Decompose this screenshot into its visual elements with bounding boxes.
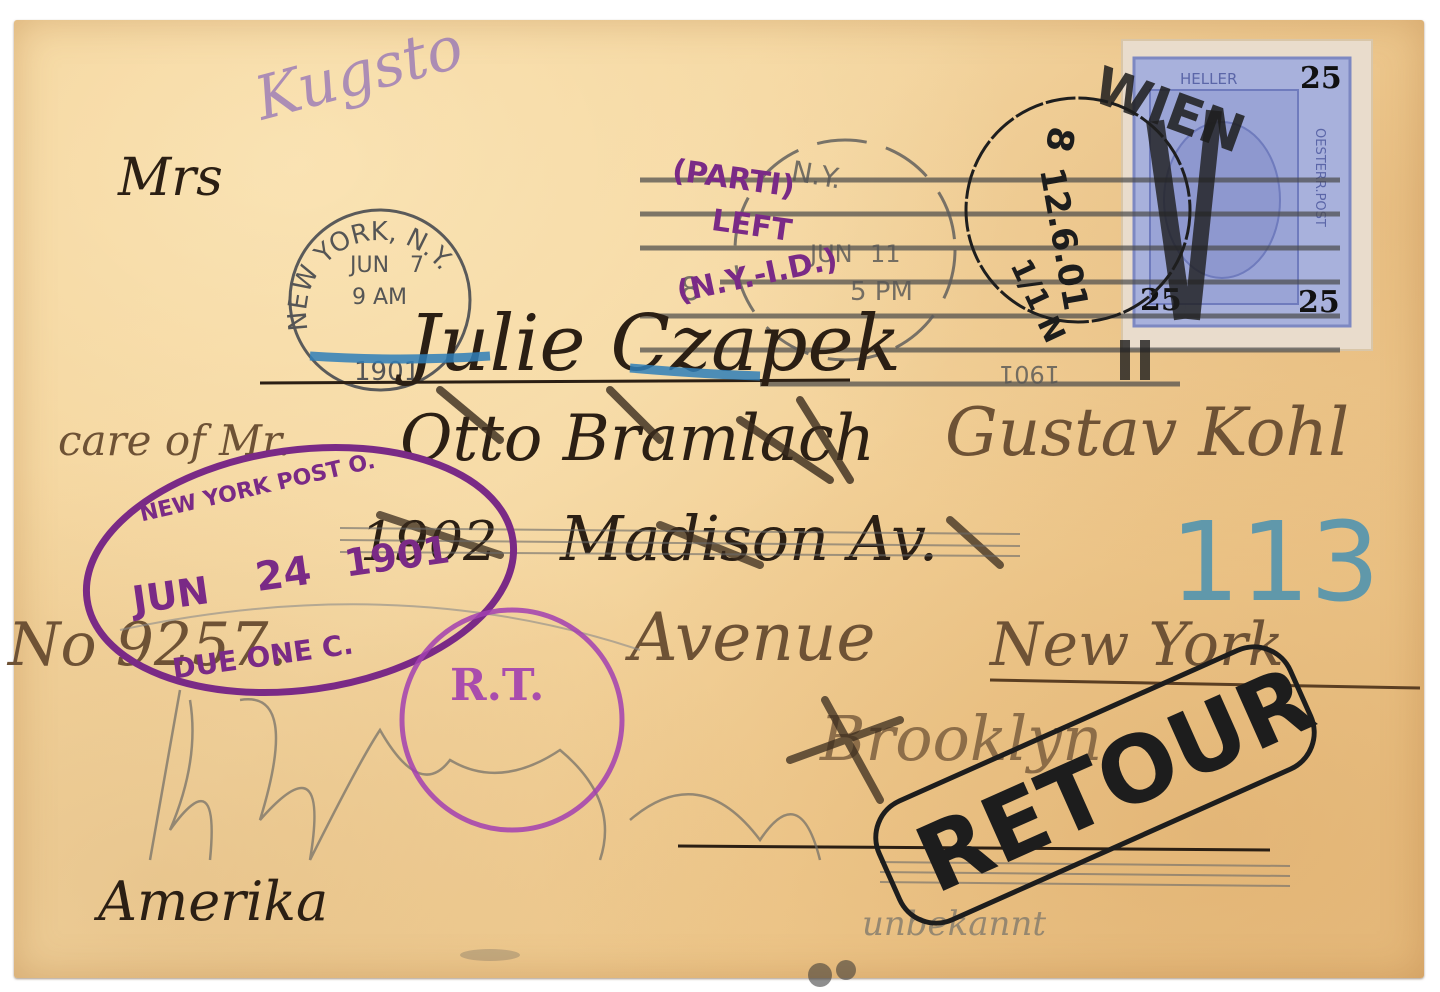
blue-crayon-number: 113 bbox=[1170, 498, 1380, 626]
rt-circle-handstamp: R.T. bbox=[402, 610, 622, 830]
country: Amerika bbox=[93, 870, 328, 933]
ny2-city: N.Y. bbox=[789, 154, 844, 195]
due-oval-year: 1901 bbox=[342, 527, 453, 585]
ny1-month: JUN bbox=[348, 253, 389, 278]
violet-pencil-text: Kugsto bbox=[247, 12, 470, 135]
recipient-name: Julie Czapek bbox=[394, 299, 901, 389]
salutation: Mrs bbox=[117, 148, 223, 208]
street-line2: Avenue bbox=[624, 599, 875, 676]
due-oval-day: 24 bbox=[253, 548, 315, 601]
wien-number: 8 bbox=[1037, 123, 1082, 155]
pencil-scribbles bbox=[150, 690, 820, 860]
ny2-year: 1901 bbox=[999, 360, 1060, 388]
ink-smudges bbox=[460, 949, 856, 987]
ny1-time: 9 AM bbox=[352, 285, 407, 310]
violet-pencil-note: Kugsto bbox=[247, 12, 470, 135]
care-of-name-new: Gustav Kohl bbox=[945, 394, 1349, 471]
stamp-denomination-top-right: 25 bbox=[1300, 61, 1342, 96]
ny1-day: 7 bbox=[410, 253, 424, 278]
rt-text: R.T. bbox=[450, 660, 544, 711]
partly-left-line1: (PARTI) bbox=[670, 153, 797, 205]
ny2-day: 11 bbox=[870, 240, 901, 268]
partly-left-line2: LEFT bbox=[709, 203, 794, 249]
